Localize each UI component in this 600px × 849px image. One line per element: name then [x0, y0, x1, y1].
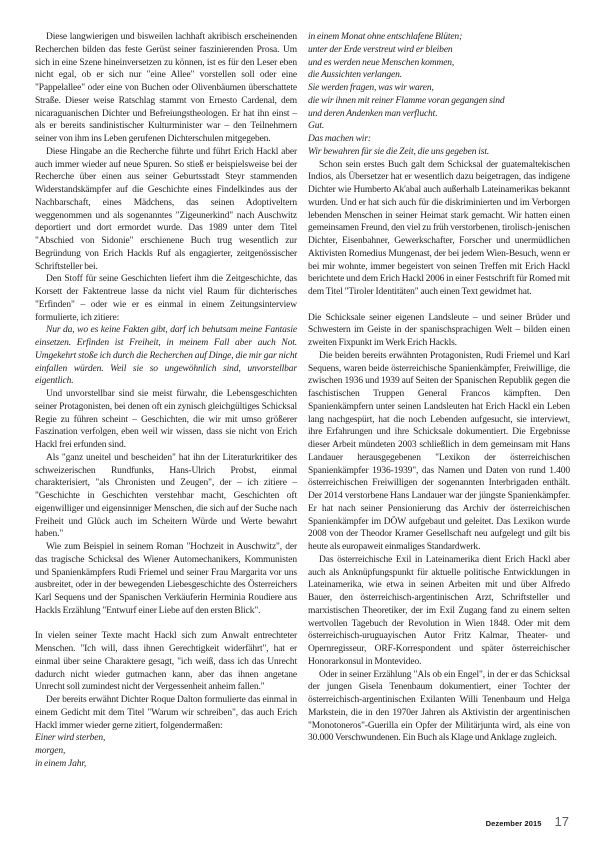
poem-line: Gut. [308, 120, 570, 133]
poem-line: und es werden neue Menschen kommen, [308, 57, 570, 70]
poem-line: und deren Andenken man verflucht. [308, 108, 570, 121]
poem-line: die Aussichten verlangen. [308, 69, 570, 82]
document-page: Diese langwierigen und bisweilen lachhaf… [0, 0, 600, 849]
paragraph: In vielen seiner Texte macht Hackl sich … [35, 630, 297, 694]
page-number: 17 [555, 814, 569, 829]
paragraph: Die beiden bereits erwähnten Protagonist… [308, 350, 570, 554]
poem-line: morgen, [35, 745, 297, 758]
paragraph: Und unvorstellbar sind sie meist fürwahr… [35, 388, 297, 452]
poem-line: Das machen wir: [308, 133, 570, 146]
poem-line: in einem Jahr, [35, 758, 297, 771]
paragraph: Oder in seiner Erzählung "Als ob ein Eng… [308, 669, 570, 746]
paragraph: Schon sein erstes Buch galt dem Schicksa… [308, 159, 570, 299]
page-footer: Dezember 2015 17 [486, 814, 569, 829]
paragraph: Das österreichische Exil in Lateinamerik… [308, 554, 570, 669]
paragraph: Die Schicksale seiner eigenen Landsleute… [308, 312, 570, 350]
paragraph: Diese Hingabe an die Recherche führte un… [35, 146, 297, 274]
paragraph: Der bereits erwähnt Dichter Roque Dalton… [35, 694, 297, 732]
left-column: Diese langwierigen und bisweilen lachhaf… [35, 31, 297, 771]
right-column: in einem Monat ohne entschlafene Blüten;… [308, 31, 570, 771]
paragraph: Diese langwierigen und bisweilen lachhaf… [35, 31, 297, 146]
poem-line: Einer wird sterben, [35, 732, 297, 745]
poem-line: Sie werden fragen, was wir waren, [308, 82, 570, 95]
poem-line: Wir bewahren für sie die Zeit, die uns g… [308, 146, 570, 159]
poem-line: die wir ihnen mit reiner Flamme voran ge… [308, 95, 570, 108]
poem-line: unter der Erde verstreut wird er bleiben [308, 44, 570, 57]
paragraph: Als "ganz uneitel und bescheiden" hat ih… [35, 452, 297, 541]
poem-line: in einem Monat ohne entschlafene Blüten; [308, 31, 570, 44]
issue-date: Dezember 2015 [486, 819, 542, 828]
text-columns: Diese langwierigen und bisweilen lachhaf… [35, 31, 570, 771]
quote-paragraph: Nur da, wo es keine Fakten gibt, darf ic… [35, 324, 297, 388]
paragraph: Den Stoff für seine Geschichten liefert … [35, 273, 297, 324]
paragraph: Wie zum Beispiel in seinem Roman "Hochze… [35, 541, 297, 618]
